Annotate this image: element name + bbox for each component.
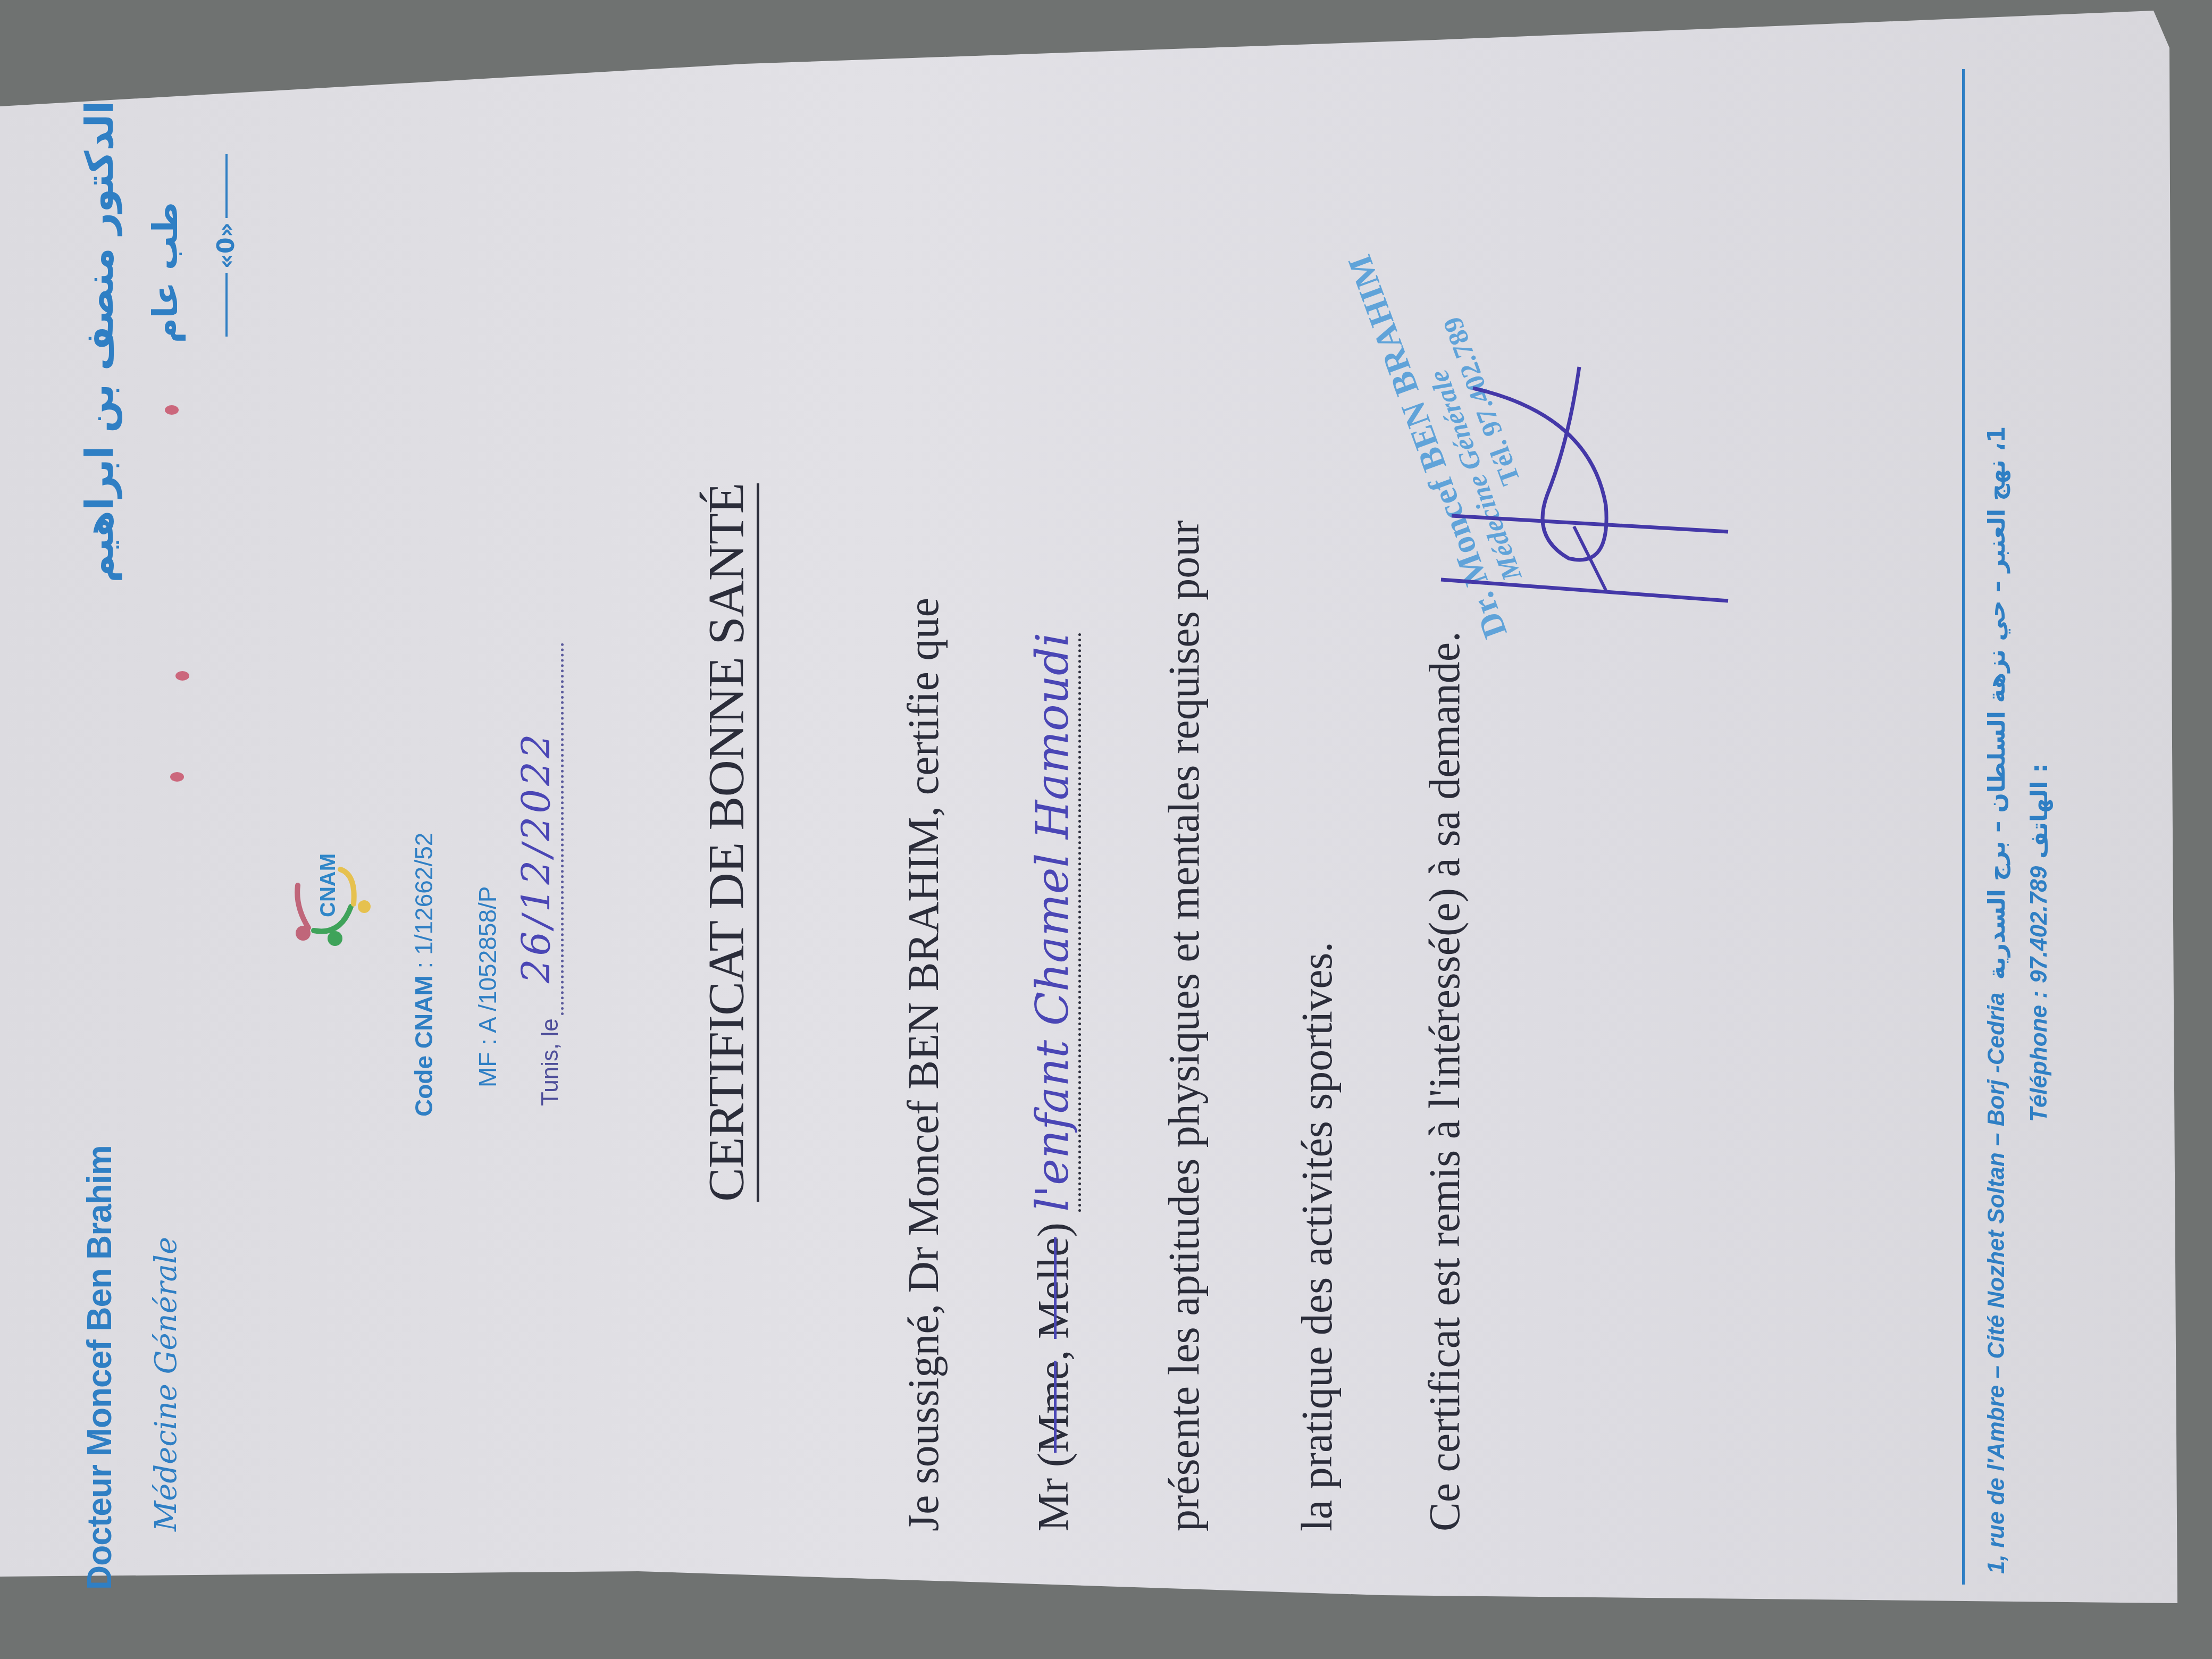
phone-label-ar: : الهاتف: [2026, 764, 2053, 859]
separator: :: [474, 1033, 501, 1045]
red-ink-spot: [170, 772, 184, 782]
cnam-code: Code CNAM : 1/12662/52: [409, 833, 438, 1117]
signature-icon: [1430, 292, 1749, 665]
doctor-name-fr: Docteur Moncef Ben Brahim: [80, 1145, 119, 1590]
body-line-5: Ce certificat est remis à l'intéressé(e)…: [1420, 631, 1470, 1531]
ornament-text: «0»: [213, 222, 240, 269]
specialty-fr: Médecine Générale: [149, 1237, 183, 1531]
footer-phone: Téléphone : 97.402.789 : الهاتف: [2026, 764, 2053, 1122]
struck-melle: Melle: [1029, 1237, 1077, 1339]
body-line-1: Je soussigné, Dr Moncef BEN BRAHIM, cert…: [899, 598, 949, 1531]
body-line-4: la pratique des activités sportives.: [1292, 942, 1342, 1531]
phone-number: 97.402.789: [2026, 866, 2053, 983]
address-ar: 1، نهج العنبر – حي نزهة السلطان – برج ال…: [1983, 426, 2010, 980]
certificate-title: CERTIFICAT DE BONNE SANTÉ: [697, 483, 759, 1202]
cnam-logo-text: CNAM: [316, 853, 340, 917]
cnam-code-value: 1/12662/52: [410, 833, 438, 955]
red-ink-spot: [175, 671, 189, 681]
ornament-line-left: [225, 273, 228, 337]
cnam-logo: CNAM: [292, 843, 372, 949]
footer-divider: [1962, 69, 1965, 1585]
date-line: Tunis, le 26/12/2022: [537, 643, 564, 1106]
phone-label-fr: Téléphone :: [2026, 991, 2053, 1122]
cnam-code-label: Code CNAM: [410, 975, 438, 1117]
patient-name-handwritten: l'enfant Chamel Hamoudi: [1026, 633, 1078, 1212]
mf-number: MF : A /1052858/P: [473, 886, 502, 1087]
comma: ,: [1029, 1339, 1077, 1361]
mf-label: MF: [474, 1052, 501, 1087]
paren-close: ): [1029, 1222, 1077, 1237]
separator: :: [410, 955, 438, 969]
title-mr: Mr (: [1029, 1453, 1077, 1531]
certificate-page: Docteur Moncef Ben Brahim Médecine Génér…: [69, 69, 2143, 1611]
footer-address: 1, rue de l'Ambre – Cité Nozhet Soltan –…: [1983, 426, 2010, 1574]
doctor-name-ar: الدكتور منصف بن ابراهيم: [77, 101, 122, 583]
ornament-line-right: [225, 154, 228, 218]
address-fr: 1, rue de l'Ambre – Cité Nozhet Soltan –…: [1983, 992, 2010, 1574]
patient-name-field: l'enfant Chamel Hamoudi: [1026, 633, 1081, 1212]
body-line-2: Mr (Mme, Melle) l'enfant Chamel Hamoudi: [1026, 633, 1081, 1531]
specialty-ar: طب عام: [146, 202, 186, 343]
red-ink-spot: [165, 405, 179, 415]
date-handwritten: 26/12/2022: [514, 731, 559, 983]
header-ornament: «0»: [213, 154, 240, 337]
date-field: 26/12/2022: [540, 643, 564, 1015]
struck-mme: Mme: [1029, 1361, 1077, 1453]
body-line-3: présente les aptitudes physiques et ment…: [1159, 521, 1209, 1531]
date-label: Tunis, le: [537, 1018, 564, 1106]
mf-value: A /1052858/P: [474, 886, 501, 1033]
